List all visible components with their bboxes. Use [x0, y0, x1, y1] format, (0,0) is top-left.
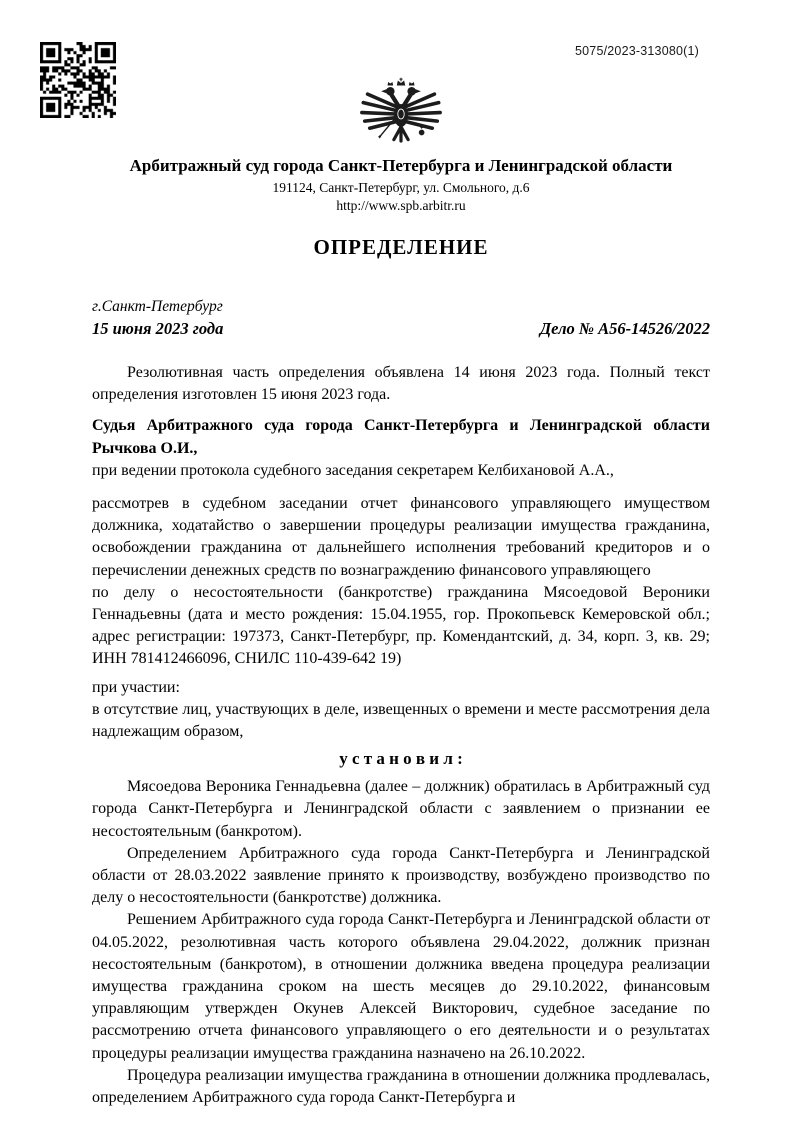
review-paragraph: рассмотрев в судебном заседании отчет фи…: [92, 493, 710, 582]
double-headed-eagle-icon: [358, 77, 444, 151]
ruling-body: Мясоедова Вероника Геннадьевна (далее – …: [92, 776, 710, 1109]
attendance-paragraph: в отсутствие лиц, участвующих в деле, из…: [92, 699, 710, 743]
case-number: Дело № А56-14526/2022: [540, 318, 710, 340]
document-page: 5075/2023-313080(1): [0, 0, 800, 1131]
decision-date: 15 июня 2023 года: [92, 318, 223, 340]
resolution-paragraph: Резолютивная часть определения объявлена…: [92, 362, 710, 406]
secretary-paragraph: при ведении протокола судебного заседани…: [92, 460, 710, 482]
judge-paragraph: Судья Арбитражного суда города Санкт-Пет…: [92, 415, 710, 459]
ruling-keyword: у с т а н о в и л :: [92, 747, 710, 770]
coat-of-arms: [92, 77, 710, 151]
body-paragraph: Определением Арбитражного суда города Са…: [92, 843, 710, 910]
body-paragraph: Процедура реализации имущества гражданин…: [92, 1065, 710, 1109]
court-name: Арбитражный суд города Санкт-Петербурга …: [92, 154, 710, 177]
court-website: http://www.spb.arbitr.ru: [92, 197, 710, 215]
attendance-label: при участии:: [92, 677, 710, 699]
court-address: 191124, Санкт-Петербург, ул. Смольного, …: [92, 179, 710, 197]
document-title: ОПРЕДЕЛЕНИЕ: [92, 233, 710, 261]
place-line: г.Санкт-Петербург: [92, 297, 710, 317]
body-paragraph: Мясоедова Вероника Геннадьевна (далее – …: [92, 776, 710, 843]
body-paragraph: Решением Арбитражного суда города Санкт-…: [92, 909, 710, 1064]
case-details-paragraph: по делу о несостоятельности (банкротстве…: [92, 582, 710, 671]
date-case-row: 15 июня 2023 года Дело № А56-14526/2022: [92, 318, 710, 340]
document-content: Арбитражный суд города Санкт-Петербурга …: [92, 0, 710, 1109]
